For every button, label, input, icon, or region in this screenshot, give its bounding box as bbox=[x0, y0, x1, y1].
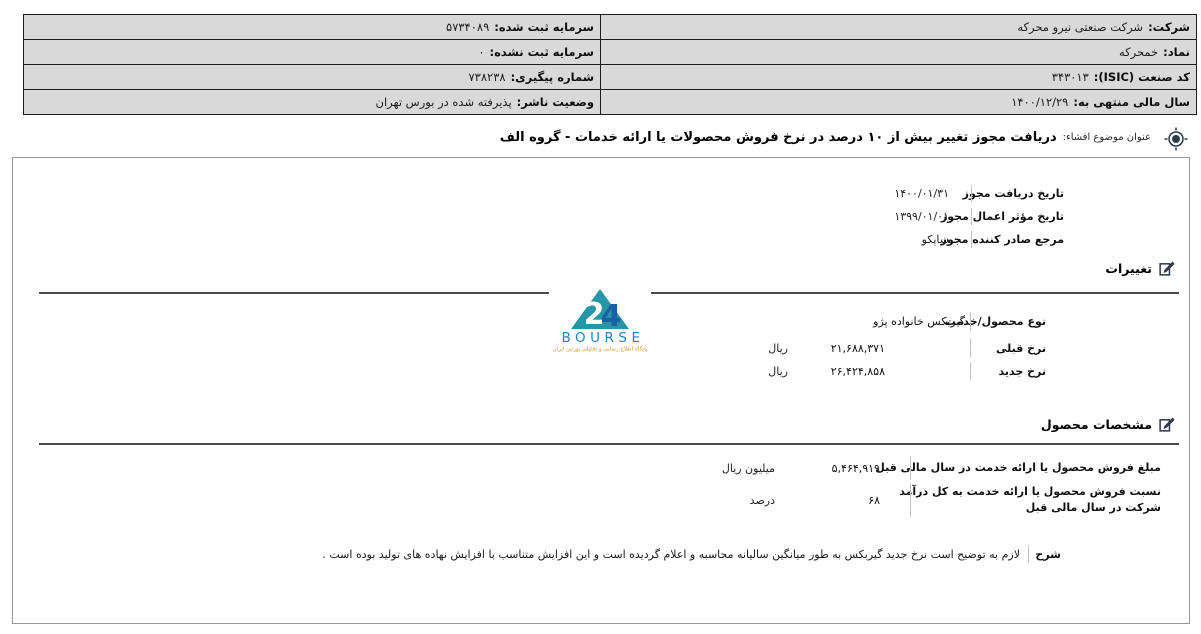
edit-note-icon bbox=[1158, 416, 1175, 433]
product-type-row: نوع محصول/خدمت گیربکس خانواده پژو bbox=[873, 309, 1046, 333]
isic-code-cell: کد صنعت (ISIC):۳۴۳۰۱۳ bbox=[601, 65, 1197, 90]
field-value: ۱۴۰۰/۱۲/۲۹ bbox=[1011, 95, 1068, 109]
company-name-cell: شرکت:شرکت صنعتی نیرو محرکه bbox=[601, 15, 1197, 40]
field-label: نسبت فروش محصول یا ارائه خدمت به کل درآم… bbox=[911, 484, 1161, 516]
field-label: نوع محصول/خدمت bbox=[971, 315, 1046, 328]
field-value: پذیرفته شده در بورس تهران bbox=[376, 95, 512, 109]
field-value: ۶۸ bbox=[777, 494, 910, 507]
registered-capital-cell: سرمایه ثبت شده:۵۷۳۴۰۸۹ bbox=[24, 15, 601, 40]
field-value: گیربکس خانواده پژو bbox=[873, 315, 965, 328]
divider bbox=[971, 185, 972, 202]
field-label: شرکت: bbox=[1148, 20, 1190, 34]
field-label: نرخ جدید bbox=[971, 365, 1046, 378]
field-label: سال مالی منتهی به: bbox=[1073, 95, 1190, 109]
permit-authority-row: مرجع صادر کننده مجوز ساپکو bbox=[922, 228, 1064, 250]
divider bbox=[910, 483, 911, 517]
field-label: شماره پیگیری: bbox=[511, 70, 594, 84]
field-value: خمحرکه bbox=[1119, 45, 1158, 59]
section-title: مشخصات محصول bbox=[1041, 417, 1152, 432]
field-value: ۲۶,۴۲۴,۸۵۸ bbox=[815, 365, 970, 378]
logo-tagline: پایگاه اطلاع رسانی و تحلیلی بورس ایران bbox=[553, 345, 648, 353]
divider bbox=[910, 456, 911, 480]
field-label: کد صنعت (ISIC): bbox=[1094, 70, 1190, 84]
title-prefix: عنوان موضوع افشاء: bbox=[1063, 132, 1151, 143]
changes-section-header: تغییرات bbox=[1105, 260, 1175, 277]
field-value: ۰ bbox=[478, 45, 484, 59]
divider bbox=[970, 312, 971, 330]
label-line: نسبت فروش محصول یا ارائه خدمت به کل درآم… bbox=[911, 484, 1161, 500]
product-specs-section-header: مشخصات محصول bbox=[1041, 416, 1175, 433]
permit-effective-date-row: تاریخ مؤثر اعمال مجوز ۱۳۹۹/۰۱/۰۱ bbox=[894, 205, 1064, 227]
sales-amount-row: مبلغ فروش محصول یا ارائه خدمت در سال مال… bbox=[722, 454, 1161, 482]
page-title: دریافت مجوز تغییر بیش از ۱۰ درصد در نرخ … bbox=[500, 130, 1057, 145]
fiscal-year-cell: سال مالی منتهی به:۱۴۰۰/۱۲/۲۹ bbox=[601, 90, 1197, 115]
field-value: ۷۳۸۲۳۸ bbox=[469, 70, 506, 84]
label-line: شرکت در سال مالی قبل bbox=[911, 500, 1161, 516]
description-row: شرح لازم به توضیح است نرخ جدید گیربکس به… bbox=[322, 543, 1061, 565]
codal-disclosure-page: { "header_table": { "rows": [ { "right":… bbox=[0, 0, 1201, 634]
field-value: ۱۴۰۰/۰۱/۳۱ bbox=[894, 187, 949, 200]
field-value: شرکت صنعتی نیرو محرکه bbox=[1017, 20, 1143, 34]
field-label: تاریخ دریافت مجوز bbox=[972, 187, 1064, 200]
section-divider-line bbox=[39, 443, 1179, 445]
previous-rate-row: نرخ قبلی ۲۱,۶۸۸,۳۷۱ ریال bbox=[768, 336, 1046, 360]
unit-label: ریال bbox=[768, 342, 788, 355]
unit-label: ریال bbox=[768, 365, 788, 378]
field-value: ۲۱,۶۸۸,۳۷۱ bbox=[815, 342, 970, 355]
divider bbox=[970, 339, 971, 357]
disclosure-title-row: عنوان موضوع افشاء: دریافت مجوز تغییر بیش… bbox=[500, 130, 1151, 145]
unit-label: درصد bbox=[750, 494, 775, 507]
disclosure-body-box: تاریخ دریافت مجوز ۱۴۰۰/۰۱/۳۱ تاریخ مؤثر … bbox=[12, 157, 1190, 624]
description-text: لازم به توضیح است نرخ جدید گیربکس به طور… bbox=[322, 548, 1020, 561]
unregistered-capital-cell: سرمایه ثبت نشده:۰ bbox=[24, 40, 601, 65]
logo-number-4: 4 bbox=[601, 299, 622, 334]
field-label: نماد: bbox=[1163, 45, 1190, 59]
field-value: ۵۷۳۴۰۸۹ bbox=[446, 20, 489, 34]
field-label: شرح bbox=[1029, 548, 1061, 561]
bourse24-logo: 2 4 BOURSE پایگاه اطلاع رسانی و تحلیلی ب… bbox=[549, 286, 651, 353]
unit-label: میلیون ریال bbox=[722, 462, 775, 475]
field-label: وضعیت ناشر: bbox=[517, 95, 594, 109]
divider bbox=[1028, 545, 1029, 563]
field-value: ۵,۴۶۴,۹۱۹ bbox=[777, 462, 910, 475]
new-rate-row: نرخ جدید ۲۶,۴۲۴,۸۵۸ ریال bbox=[768, 359, 1046, 383]
field-label: مرجع صادر کننده مجوز bbox=[972, 233, 1064, 246]
field-label: تاریخ مؤثر اعمال مجوز bbox=[972, 210, 1064, 223]
divider bbox=[971, 231, 972, 248]
logo-wordmark: BOURSE bbox=[561, 330, 644, 346]
field-value: ساپکو bbox=[922, 233, 949, 246]
edit-note-icon bbox=[1158, 260, 1175, 277]
divider bbox=[970, 362, 971, 380]
field-value: ۱۳۹۹/۰۱/۰۱ bbox=[894, 210, 949, 223]
permit-receive-date-row: تاریخ دریافت مجوز ۱۴۰۰/۰۱/۳۱ bbox=[894, 182, 1064, 204]
table-row: نماد:خمحرکه سرمایه ثبت نشده:۰ bbox=[24, 40, 1197, 65]
ticker-symbol-cell: نماد:خمحرکه bbox=[601, 40, 1197, 65]
section-title: تغییرات bbox=[1105, 261, 1152, 276]
table-row: کد صنعت (ISIC):۳۴۳۰۱۳ شماره پیگیری:۷۳۸۲۳… bbox=[24, 65, 1197, 90]
field-label: نرخ قبلی bbox=[971, 342, 1046, 355]
sales-ratio-row: نسبت فروش محصول یا ارائه خدمت به کل درآم… bbox=[750, 481, 1161, 519]
field-value: ۳۴۳۰۱۳ bbox=[1052, 70, 1089, 84]
divider bbox=[971, 208, 972, 225]
tracking-number-cell: شماره پیگیری:۷۳۸۲۳۸ bbox=[24, 65, 601, 90]
table-row: شرکت:شرکت صنعتی نیرو محرکه سرمایه ثبت شد… bbox=[24, 15, 1197, 40]
table-row: سال مالی منتهی به:۱۴۰۰/۱۲/۲۹ وضعیت ناشر:… bbox=[24, 90, 1197, 115]
field-label: مبلغ فروش محصول یا ارائه خدمت در سال مال… bbox=[911, 460, 1161, 476]
field-label: سرمایه ثبت نشده: bbox=[490, 45, 594, 59]
company-info-table: شرکت:شرکت صنعتی نیرو محرکه سرمایه ثبت شد… bbox=[23, 14, 1197, 115]
target-icon bbox=[1163, 126, 1189, 152]
label-line: مبلغ فروش محصول یا ارائه خدمت در سال مال… bbox=[911, 460, 1161, 476]
field-label: سرمایه ثبت شده: bbox=[494, 20, 594, 34]
issuer-status-cell: وضعیت ناشر:پذیرفته شده در بورس تهران bbox=[24, 90, 601, 115]
